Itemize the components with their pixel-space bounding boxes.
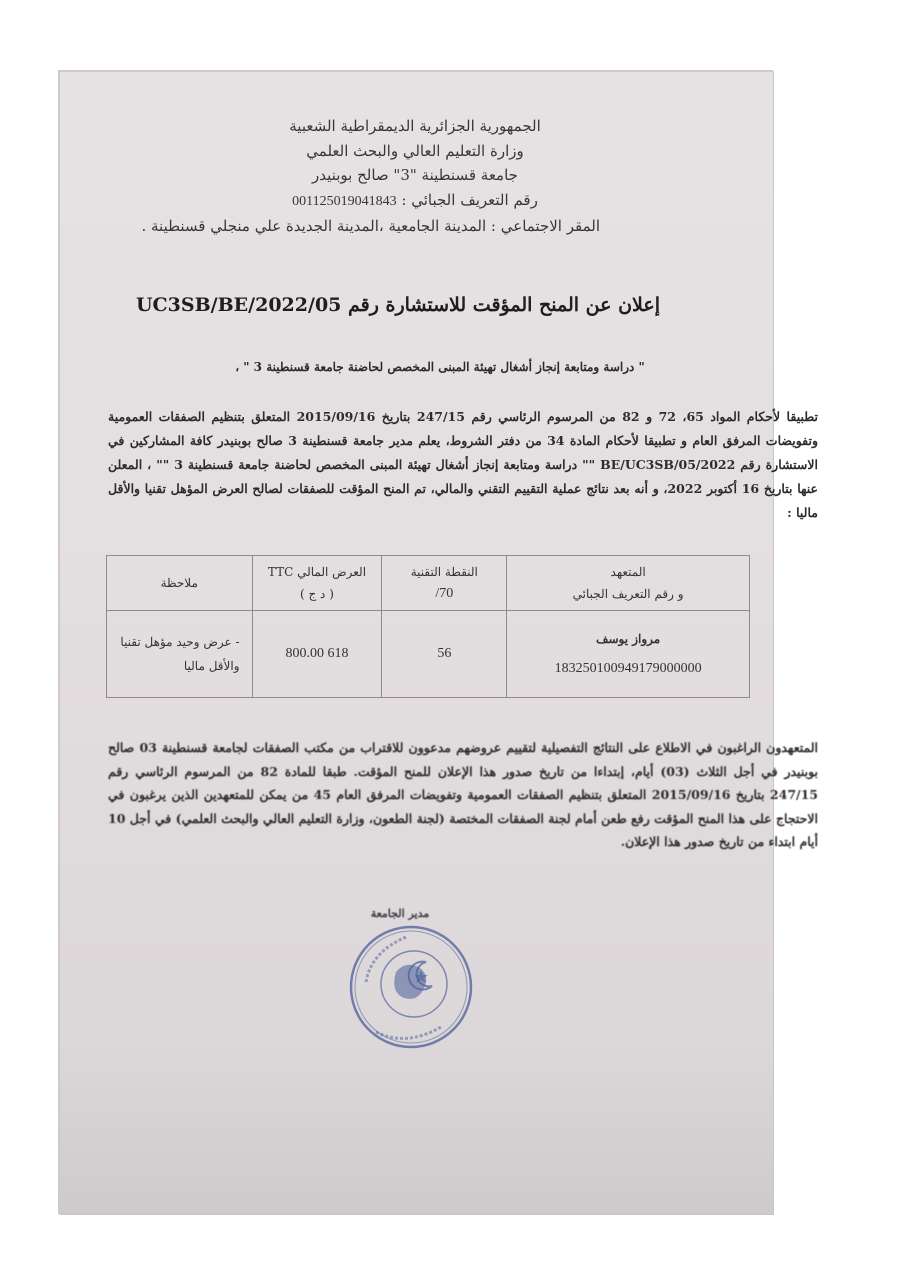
official-stamp-icon [346, 922, 476, 1052]
cell-note: - عرض وحيد مؤهل تقنيا والأقل ماليا [107, 611, 253, 698]
bidder-tax-id: 183250100949179000000 [508, 654, 748, 684]
award-results-table: المتعهد و رقم التعريف الجبائي النقطة الت… [106, 555, 750, 698]
university-name: جامعة قسنطينة "3" صالح بوبنيدر [230, 163, 600, 188]
tax-id-value: 001125019041843 [292, 194, 396, 209]
country-name: الجمهورية الجزائرية الديمقراطية الشعبية [230, 114, 600, 139]
cell-technical-score: 56 [382, 611, 507, 698]
tax-id-line: رقم التعريف الجبائي : 001125019041843 [230, 188, 600, 215]
table-row: مرواز يوسف 183250100949179000000 56 618 … [107, 611, 750, 698]
cell-bidder: مرواز يوسف 183250100949179000000 [507, 611, 750, 698]
address-line: المقر الاجتماعي : المدينة الجامعية ،المد… [230, 214, 600, 239]
tax-id-label: رقم التعريف الجبائي : [401, 191, 537, 209]
ministry-name: وزارة التعليم العالي والبحث العلمي [230, 139, 600, 164]
bidder-name: مرواز يوسف [508, 624, 748, 654]
signature-label: مدير الجامعة [370, 907, 430, 920]
letterhead: الجمهورية الجزائرية الديمقراطية الشعبية … [230, 114, 600, 239]
cell-financial-offer: 618 800.00 [252, 611, 382, 698]
header-bidder: المتعهد و رقم التعريف الجبائي [507, 556, 750, 611]
consultation-subject: " دراسة ومتابعة إنجاز أشغال تهيئة المبنى… [230, 360, 650, 374]
header-technical-score: النقطة التقنية 70/ [382, 556, 507, 611]
appeal-paragraph: المتعهدون الراغبون في الاطلاع على النتائ… [108, 736, 818, 854]
intro-paragraph: تطبيقا لأحكام المواد 65، 72 و 82 من المر… [108, 405, 818, 525]
announcement-title: إعلان عن المنح المؤقت للاستشارة رقم 05/U… [160, 294, 660, 316]
header-note: ملاحظة [107, 556, 253, 611]
table-header-row: المتعهد و رقم التعريف الجبائي النقطة الت… [107, 556, 750, 611]
header-financial-offer: العرض المالي TTC ( د ج ) [252, 556, 382, 611]
